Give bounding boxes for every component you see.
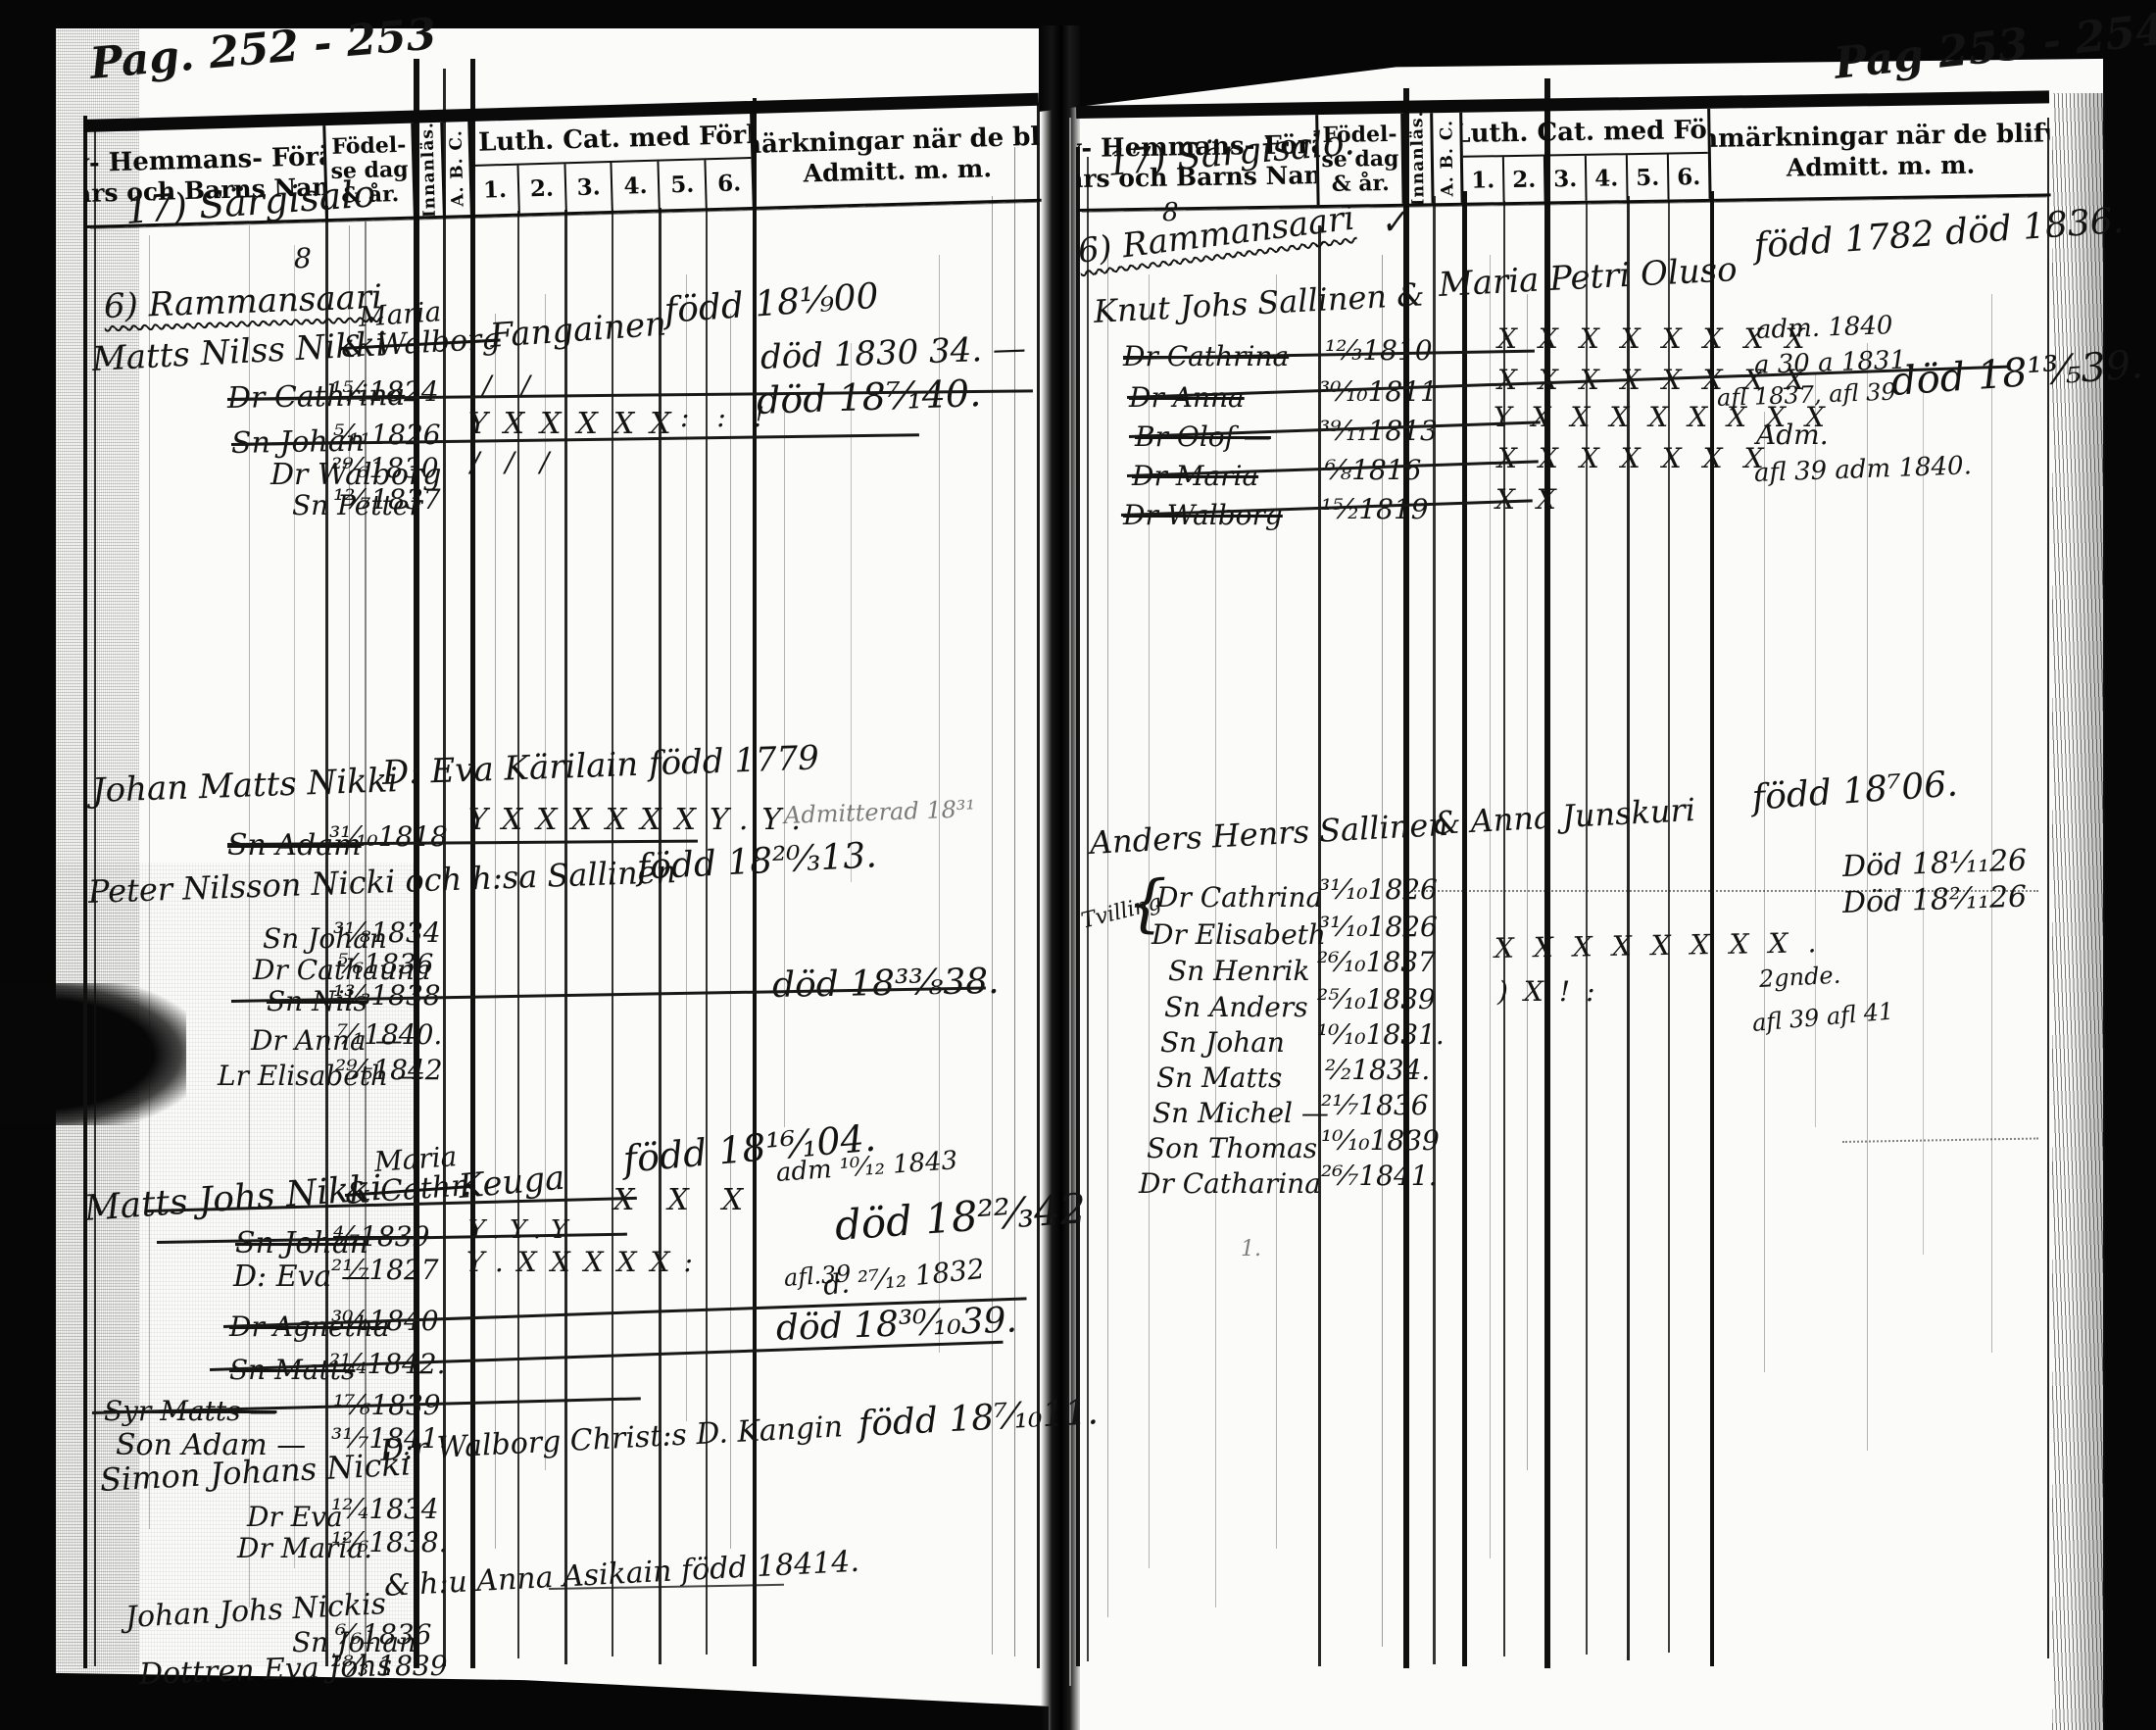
handwritten-text: Sn Henrik — [1168, 958, 1309, 985]
handwritten-text: Sn Michel — — [1152, 1100, 1329, 1127]
handwritten-text: afl 39 afl 41 — [1751, 999, 1894, 1035]
handwritten-text: Sn Anders — [1164, 994, 1308, 1021]
parish-register-scan: Pag. 252 - 253 By- Hemmans- Föräl- drars… — [0, 0, 2156, 1730]
village-name: 17) Särgisalo. — [1105, 125, 1355, 182]
handwritten-text: Dr Cathrina — [1156, 884, 1322, 912]
handwritten-text: född 1782 död 1836. — [1753, 204, 2125, 265]
handwritten-text: Son Thomas — [1147, 1135, 1317, 1162]
handwritten-text: )X!: — [1497, 978, 1611, 1006]
handwritten-text: ²⁄₂1834. — [1325, 1057, 1430, 1084]
handwritten-text: XXXXXXXX. — [1494, 929, 1837, 963]
handwritten-text: ⁶⁄₈1816 — [1325, 457, 1421, 484]
handwritten-text: ³⁰⁄₁₀1811 — [1319, 378, 1438, 406]
handwritten-text: ¹⁵⁄₂1819 — [1321, 496, 1429, 523]
person-name: Anders Henrs Sallinen — [1089, 809, 1448, 859]
handwritten-text: Död 18²⁄₁₁26 — [1841, 882, 2027, 918]
handwritten-text: 2gnde. — [1758, 964, 1840, 991]
handwritten-text: ²¹⁄₇1836 — [1321, 1092, 1429, 1119]
handwritten-text: Sn Johan — [1160, 1029, 1285, 1057]
handwritten-text: 1. — [1241, 1239, 1261, 1260]
handwritten-text: afl 39 adm 1840. — [1754, 453, 1973, 486]
handwritten-text: Död 18¹⁄₁₁26 — [1841, 846, 2027, 882]
handwritten-text: Maria Petri Oluso — [1438, 253, 1738, 302]
handwritten-text: Sn Matts — [1156, 1064, 1282, 1092]
strike-line — [1842, 1138, 2038, 1143]
farm-name: 6) Rammansaari — [1076, 202, 1356, 269]
handwritten-text: XXXXXXX — [1497, 445, 1786, 472]
strike-line — [1411, 890, 2038, 892]
handwritten-text: ¹⁰⁄₁₀1831. — [1317, 1021, 1445, 1049]
handwriting-layer-right: 17) Särgisalo.8✓6) RammansaariKnut Johs … — [0, 0, 2156, 1730]
handwritten-text: ³¹⁄₁₀1826 — [1319, 914, 1438, 941]
handwritten-text: född 18⁷06. — [1751, 766, 1959, 816]
handwritten-text: död 18¹³⁄₅39. — [1890, 345, 2144, 402]
handwritten-text: ²⁶⁄₁₀1837 — [1317, 949, 1436, 976]
handwritten-text: adm. 1840 — [1756, 313, 1893, 343]
handwritten-text: ¹⁰⁄₁₀1839 — [1321, 1127, 1440, 1155]
handwritten-text: Dr Elisabeth — [1151, 921, 1326, 949]
handwritten-text: Dr Catharina — [1139, 1170, 1321, 1198]
handwritten-text: ³⁹⁄₁₁1813 — [1319, 418, 1438, 445]
handwritten-text: & Anna Junskuri — [1432, 794, 1696, 839]
person-name: Knut Johs Sallinen & — [1093, 278, 1425, 327]
handwritten-text: ²⁵⁄₁₀1839 — [1317, 986, 1436, 1013]
handwritten-text: ²⁶⁄₇1841. — [1321, 1162, 1438, 1190]
check-mark: ✓ — [1378, 204, 1410, 241]
